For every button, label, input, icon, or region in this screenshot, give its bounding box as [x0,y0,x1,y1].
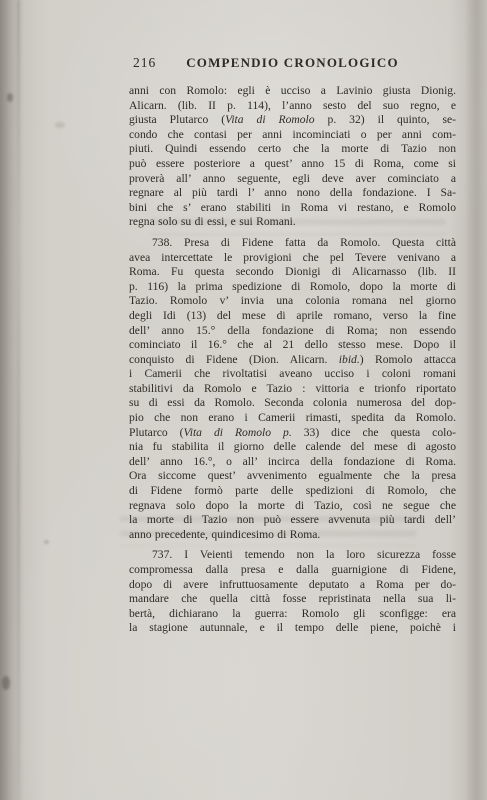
text-line: dell’ anno 16.°, o all’ incirca della fo… [129,455,456,470]
text-line: bertà, dichiarano la guerra: Romolo gli … [129,607,456,622]
text-line: nia fu stabilita il giorno delle calende… [129,440,456,455]
paragraph: 738. Presa di Fidene fatta da Romolo. Qu… [129,236,456,542]
text-line: Alicarn. (lib. II p. 114), l’anno sesto … [129,99,456,114]
text-line: regnava solo dopo la morte di Tazio, cos… [129,499,456,514]
text-line: regnare al più tardi l’ anno nono della … [129,186,456,201]
text-line: mandare che quella città fosse repristin… [129,592,456,607]
text-line: avea intercettate le provigioni che pel … [129,251,456,266]
text-line: pio che non erano i Camerii rimasti, spe… [129,411,456,426]
page-right-edge-shadow [465,0,487,800]
text-line: Tazio. Romolo v’ invia una colonia roman… [129,294,456,309]
text-block: anni con Romolo: egli è ucciso a Lavinio… [129,84,456,636]
text-line: 737. I Veienti temendo non la loro sicur… [129,548,456,563]
text-line: Roma. Fu questa secondo Dionigi di Alica… [129,265,456,280]
text-line: su di essi da Romolo. Seconda colonia nu… [129,396,456,411]
text-line: condo che contasi per anni incominciati … [129,128,456,143]
text-line: dell’ anno 15.° della fondazione di Roma… [129,324,456,339]
running-title: COMPENDIO CRONOLOGICO [129,55,456,71]
text-line: degli Idi (13) del mese di aprile romano… [129,309,456,324]
text-line: anni con Romolo: egli è ucciso a Lavinio… [129,84,456,99]
text-line: proverà all’ anno seguente, egli deve av… [129,172,456,187]
paper-stain [55,122,65,128]
text-line: conquisto di Fidene (Dion. Alicarn. ibid… [129,353,456,368]
paper-stain [7,93,13,102]
text-line: piuti. Quindi essendo certo che la morte… [129,142,456,157]
paragraph: anni con Romolo: egli è ucciso a Lavinio… [129,84,456,230]
book-page-scan: 216 COMPENDIO CRONOLOGICO anni con Romol… [0,0,487,800]
text-line: Plutarco (Vita di Romolo p. 33) dice che… [129,426,456,441]
text-line: stabilitivi da Romolo e Tazio : vittoria… [129,382,456,397]
text-line: giusta Plutarco (Vita di Romolo p. 32) i… [129,113,456,128]
page-edge-crease [17,0,20,800]
paper-stain [44,540,49,544]
text-line: di Fidene formò parte delle spedizioni d… [129,484,456,499]
text-line: i Camerii che rivoltatisi aveano ucciso … [129,367,456,382]
text-line: può essere posteriore a quest’ anno 15 d… [129,157,456,172]
page-header: 216 COMPENDIO CRONOLOGICO [129,55,456,73]
text-line: anno precedente, quindicesimo di Roma. [129,528,456,543]
paragraph: 737. I Veienti temendo non la loro sicur… [129,548,456,636]
text-line: regna solo su di essi, e sui Romani. [129,215,456,230]
text-line: bini che s’ erano stabiliti in Roma vi r… [129,201,456,216]
text-line: p. 116) la prima spedizione di Romolo, d… [129,280,456,295]
text-line: dopo di avere infruttuosamente deputato … [129,578,456,593]
paper-stain [2,676,10,690]
text-line: compromessa dalla presa e dalla guarnigi… [129,563,456,578]
text-line: la morte di Tazio non può essere avvenut… [129,513,456,528]
text-line: 738. Presa di Fidene fatta da Romolo. Qu… [129,236,456,251]
text-line: la stagione autunnale, e il tempo delle … [129,621,456,636]
text-line: Ora siccome quest’ avvenimento egualment… [129,469,456,484]
text-line: cominciato il 16.° che al 21 dello stess… [129,338,456,353]
